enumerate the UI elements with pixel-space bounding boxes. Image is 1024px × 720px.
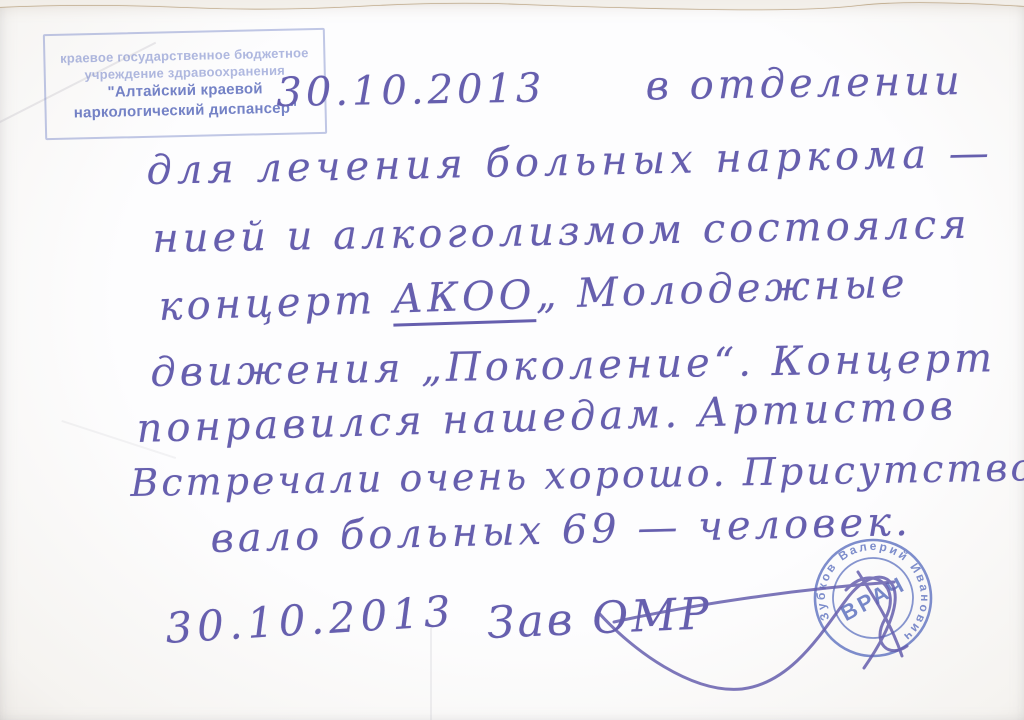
paper-top-edge [0, 0, 1024, 24]
underlined-abbreviation: АКОО [392, 272, 536, 326]
handwritten-segment: „ Молодежные [535, 260, 909, 318]
round-stamp-center-text: ВРАЧ [836, 571, 910, 626]
paper-sheet: краевое государственное бюджетное учрежд… [0, 0, 1024, 720]
stamp-line-4: наркологический диспансер" [74, 99, 298, 123]
handwritten-segment: концерт [158, 277, 393, 330]
handwritten-line: для лечения больных наркома — [146, 130, 994, 194]
handwritten-line: концерт АКОО„ Молодежные [158, 260, 909, 330]
handwritten-line: Встречали очень хорошо. Присутство- [130, 445, 1024, 505]
handwritten-footer-date: 30.10.2013 [164, 586, 457, 653]
paper-crease [430, 628, 432, 720]
signature-label: Зав ОМР [486, 588, 713, 649]
handwritten-date-and-opening: 30.10.2013 в отделении [276, 58, 964, 116]
stamp-line-3: "Алтайский краевой [107, 80, 263, 102]
handwritten-line: нией и алкоголизмом состоялся [152, 202, 971, 262]
doctor-round-stamp: Зубков Валерий Иванович ВРАЧ [803, 528, 943, 668]
